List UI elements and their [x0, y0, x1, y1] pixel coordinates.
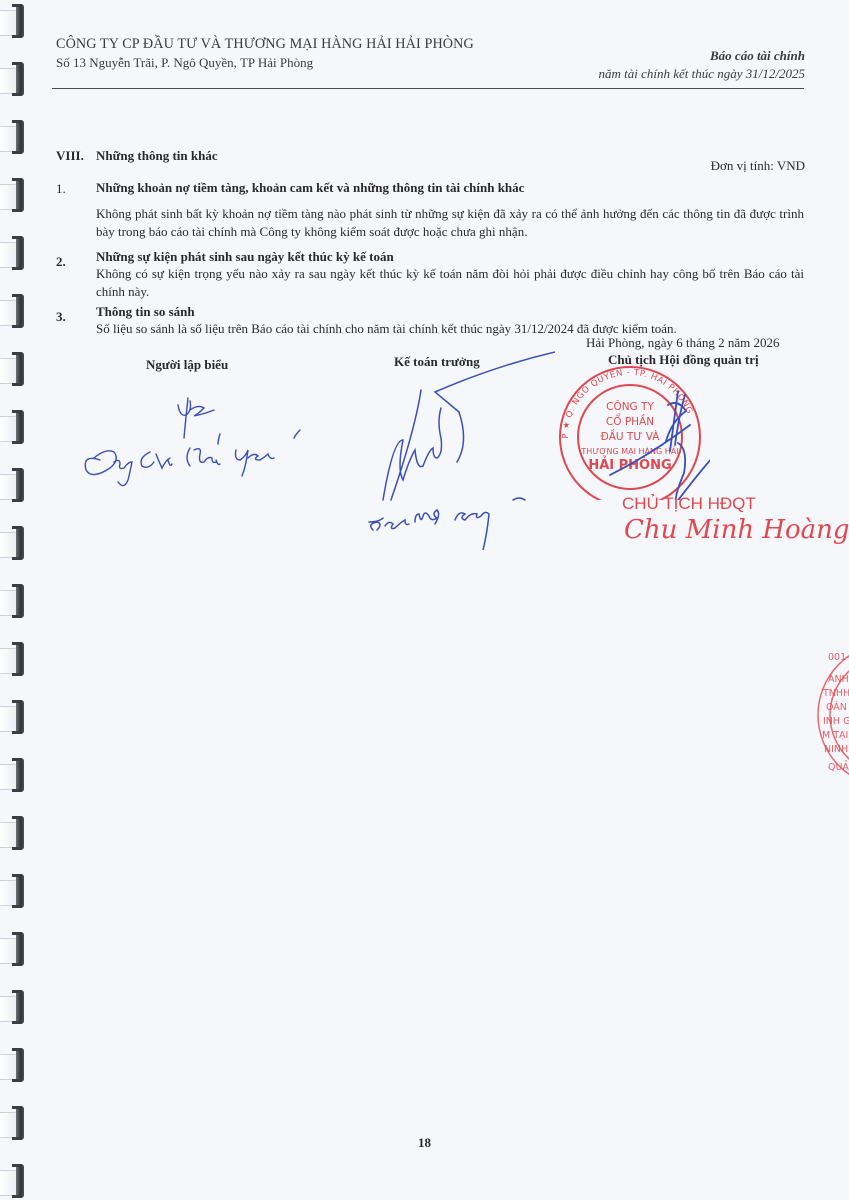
item-title: Những sự kiện phát sinh sau ngày kết thú…: [96, 249, 394, 265]
svg-text:ÁNH: ÁNH: [828, 673, 849, 685]
document-page: CÔNG TY CP ĐẦU TƯ VÀ THƯƠNG MẠI HÀNG HẢI…: [0, 0, 849, 1200]
svg-text:THƯƠNG MẠI HÀNG HẢI: THƯƠNG MẠI HÀNG HẢI: [580, 445, 678, 457]
svg-text:OÁN: OÁN: [826, 701, 847, 713]
binding-ring: [0, 526, 24, 562]
binding-ring: [0, 874, 24, 910]
spiral-binding: [0, 0, 40, 1200]
binding-ring: [0, 352, 24, 388]
item-number: 3.: [56, 309, 66, 325]
svg-text:INH G: INH G: [823, 716, 849, 727]
binding-ring: [0, 294, 24, 330]
binding-ring: [0, 642, 24, 678]
company-seal: CÔNG TY CỔ PHẦN ĐẦU TƯ VÀ THƯƠNG MẠI HÀN…: [550, 365, 710, 500]
binding-ring: [0, 120, 24, 156]
item-number: 1.: [56, 181, 66, 197]
binding-ring: [0, 932, 24, 968]
svg-text:CÔNG TY: CÔNG TY: [606, 400, 654, 413]
item-text: Không có sự kiện trọng yếu nào xảy ra sa…: [96, 265, 804, 300]
item-text: Không phát sinh bất kỳ khoản nợ tiềm tàn…: [96, 205, 804, 240]
binding-ring: [0, 758, 24, 794]
binding-ring: [0, 990, 24, 1026]
item-number: 2.: [56, 254, 66, 270]
svg-text:NINH: NINH: [824, 744, 848, 755]
svg-text:ĐẦU TƯ VÀ: ĐẦU TƯ VÀ: [601, 429, 661, 443]
place-date: Hải Phòng, ngày 6 tháng 2 năm 2026: [586, 334, 780, 351]
binding-ring: [0, 1164, 24, 1200]
binding-ring: [0, 468, 24, 504]
binding-ring: [0, 236, 24, 272]
preparer-label: Người lập biểu: [146, 357, 228, 373]
unit-label: Đơn vị tính: VND: [711, 157, 805, 174]
company-address: Số 13 Nguyễn Trãi, P. Ngô Quyền, TP Hải …: [56, 55, 313, 71]
binding-ring: [0, 584, 24, 620]
section-number: VIII.: [56, 148, 84, 164]
binding-ring: [0, 410, 24, 446]
preparer-signature: [70, 390, 320, 500]
binding-ring: [0, 1048, 24, 1084]
report-title: Báo cáo tài chính: [710, 48, 805, 64]
svg-text:001-: 001-: [828, 652, 849, 663]
page-number: 18: [0, 1135, 849, 1151]
item-title: Những khoản nợ tiềm tàng, khoản cam kết …: [96, 180, 524, 196]
binding-ring: [0, 816, 24, 852]
header-divider: [52, 88, 804, 89]
binding-ring: [0, 178, 24, 214]
section-title: Những thông tin khác: [96, 148, 218, 164]
chief-accountant-signature: [355, 350, 555, 550]
binding-ring: [0, 700, 24, 736]
svg-text:QUẢN: QUẢN: [828, 761, 849, 773]
chairman-name-stamp: Chu Minh Hoàng: [624, 515, 849, 545]
item-title: Thông tin so sánh: [96, 304, 195, 320]
company-name: CÔNG TY CP ĐẦU TƯ VÀ THƯƠNG MẠI HÀNG HẢI…: [56, 36, 474, 53]
partial-seal: 001- ÁNH TNHH OÁN INH G M TẠI NINH QUẢN: [780, 640, 849, 790]
chairman-title-stamp: CHỦ TỊCH HĐQT: [622, 494, 756, 514]
svg-text:M TẠI: M TẠI: [822, 730, 848, 741]
binding-ring: [0, 4, 24, 40]
binding-ring: [0, 62, 24, 98]
svg-text:CỔ PHẦN: CỔ PHẦN: [606, 413, 654, 428]
report-period: năm tài chính kết thúc ngày 31/12/2025: [598, 66, 805, 82]
svg-text:TNHH: TNHH: [822, 688, 849, 699]
